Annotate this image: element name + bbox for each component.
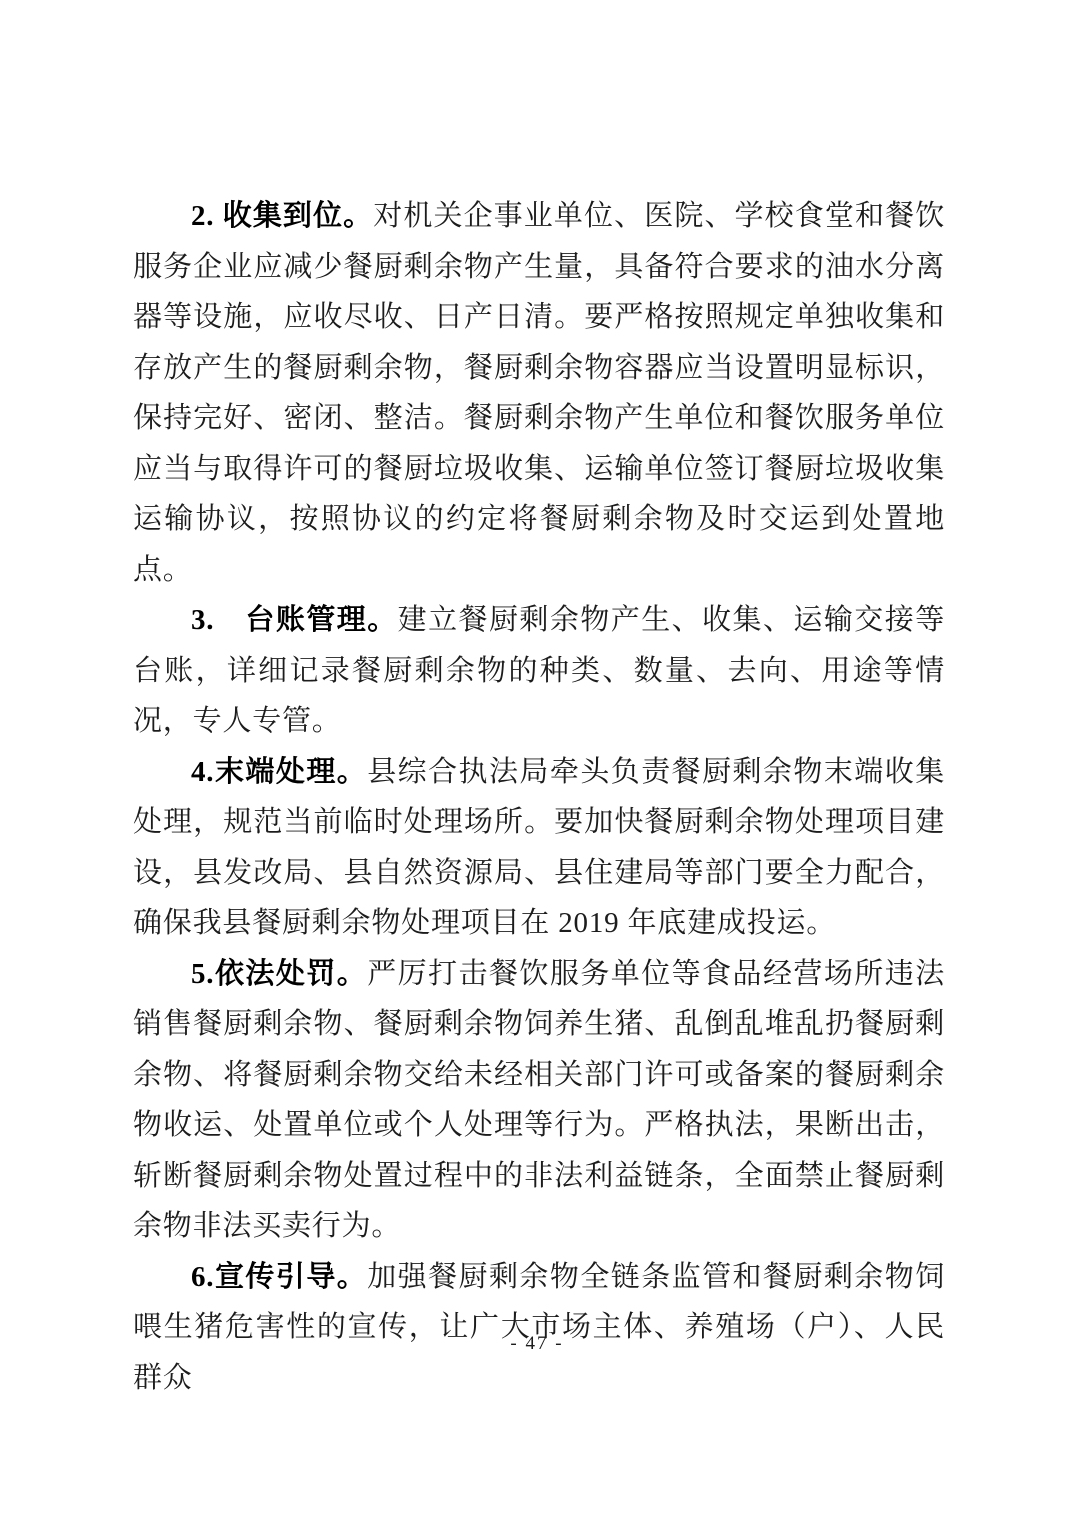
paragraph-5-lead: 5.依法处罚。: [191, 958, 367, 990]
document-body: 2. 收集到位。对机关企事业单位、医院、学校食堂和餐饮服务企业应减少餐厨剩余物产…: [133, 191, 945, 1403]
page-footer: - 47 -: [0, 1333, 1074, 1355]
paragraph-2-lead: 2. 收集到位。: [191, 200, 373, 232]
paragraph-4-lead: 4.末端处理。: [191, 756, 367, 788]
document-page: 2. 收集到位。对机关企事业单位、医院、学校食堂和餐饮服务企业应减少餐厨剩余物产…: [0, 0, 1074, 1520]
page-number: - 47 -: [510, 1333, 563, 1354]
paragraph-terminal-treatment: 4.末端处理。县综合执法局牵头负责餐厨剩余物末端收集处理，规范当前临时处理场所。…: [133, 747, 945, 949]
paragraph-3-lead: 3. 台账管理。: [191, 604, 398, 636]
paragraph-collection-in-place: 2. 收集到位。对机关企事业单位、医院、学校食堂和餐饮服务企业应减少餐厨剩余物产…: [133, 191, 945, 595]
paragraph-5-text: 严厉打击餐饮服务单位等食品经营场所违法销售餐厨剩余物、餐厨剩余物饲养生猪、乱倒乱…: [133, 958, 945, 1243]
paragraph-lawful-punishment: 5.依法处罚。严厉打击餐饮服务单位等食品经营场所违法销售餐厨剩余物、餐厨剩余物饲…: [133, 949, 945, 1252]
paragraph-6-lead: 6.宣传引导。: [191, 1261, 367, 1293]
paragraph-2-text: 对机关企事业单位、医院、学校食堂和餐饮服务企业应减少餐厨剩余物产生量，具备符合要…: [133, 200, 945, 586]
paragraph-publicity-guidance: 6.宣传引导。加强餐厨剩余物全链条监管和餐厨剩余物饲喂生猪危害性的宣传，让广大市…: [133, 1252, 945, 1404]
paragraph-ledger-management: 3. 台账管理。建立餐厨剩余物产生、收集、运输交接等台账，详细记录餐厨剩余物的种…: [133, 595, 945, 747]
